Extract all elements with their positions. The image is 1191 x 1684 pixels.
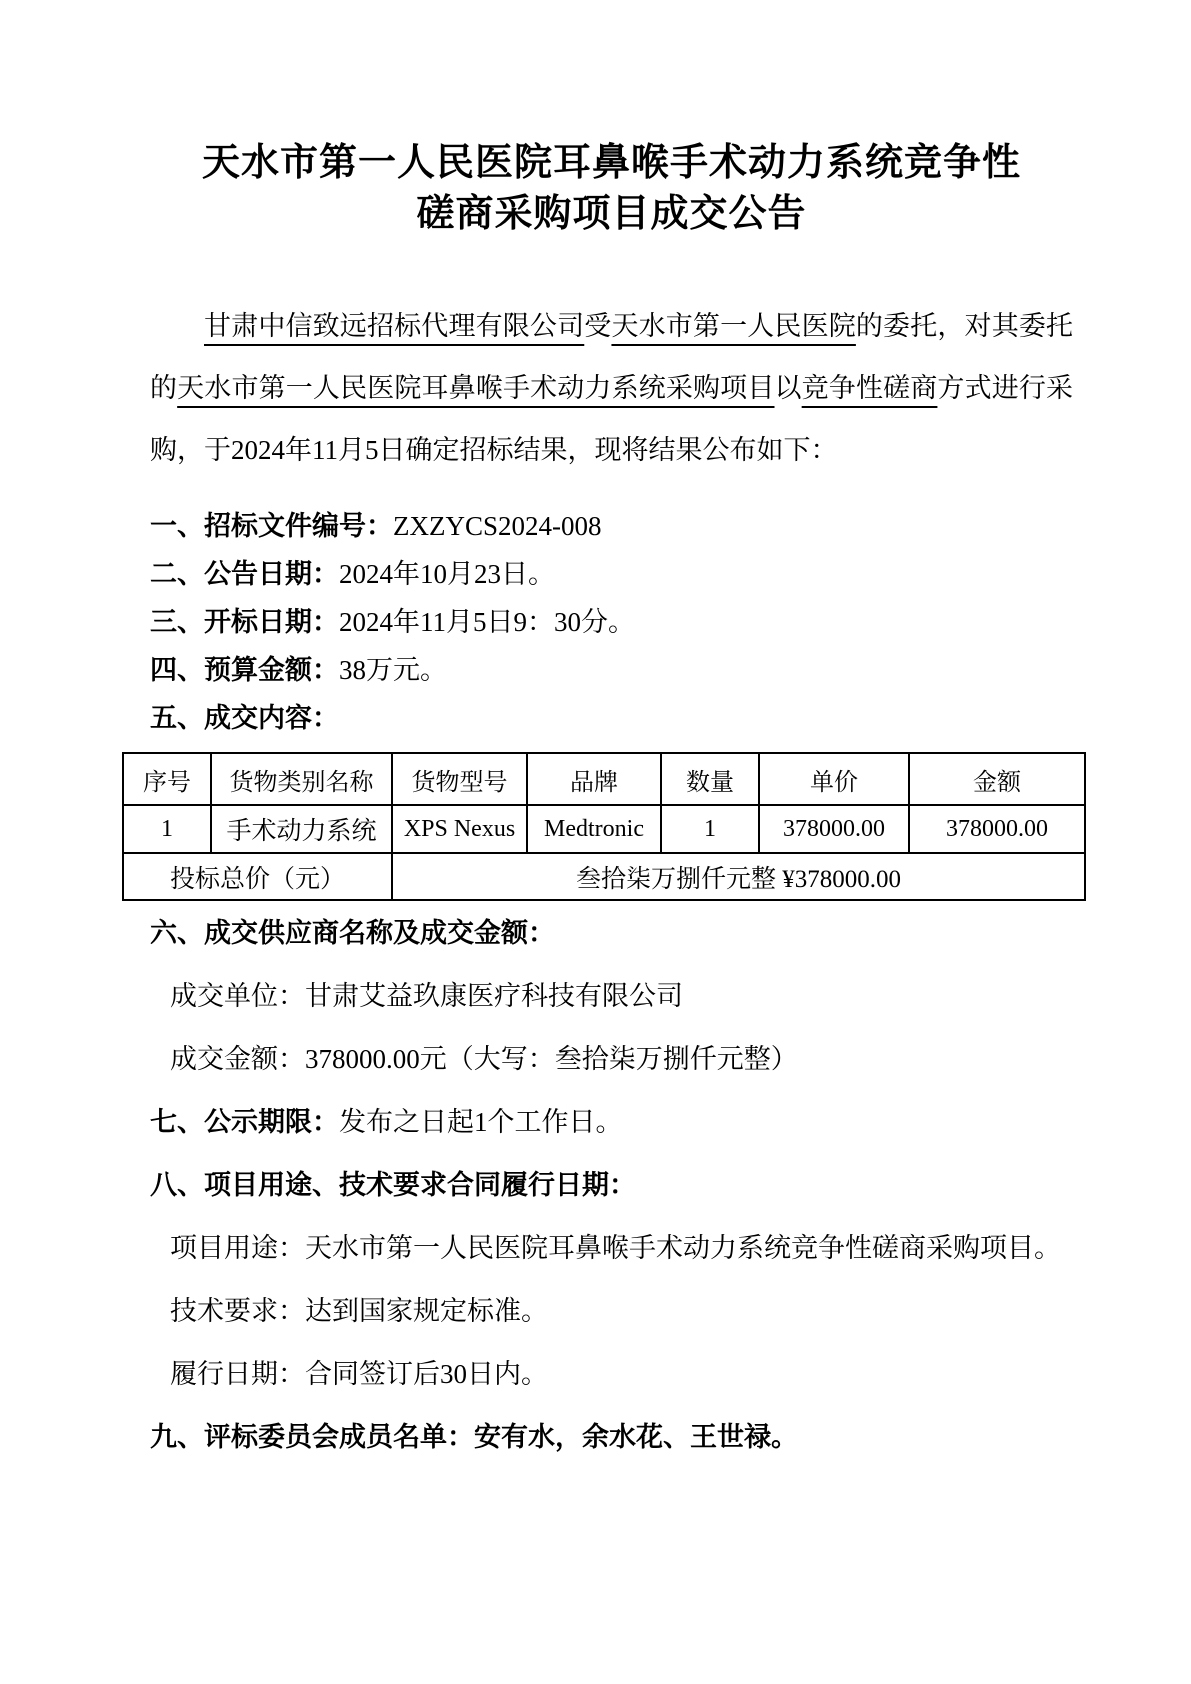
item-budget-amount: 四、预算金额：38万元。	[150, 646, 1073, 694]
purpose-label: 项目用途：	[170, 1233, 305, 1263]
col-amount: 金额	[909, 753, 1085, 805]
numbered-items: 一、招标文件编号：ZXZYCS2024-008 二、公告日期：2024年10月2…	[150, 502, 1073, 742]
table-header-row: 序号 货物类别名称 货物型号 品牌 数量 单价 金额	[123, 753, 1085, 805]
item-label: 二、公告日期：	[150, 559, 339, 589]
item-label: 三、开标日期：	[150, 607, 339, 637]
document-page: 天水市第一人民医院耳鼻喉手术动力系统竞争性 磋商采购项目成交公告 甘肃中信致远招…	[0, 0, 1191, 1684]
intro-text: 以	[775, 373, 802, 403]
section-usage-heading: 八、项目用途、技术要求合同履行日期：	[150, 1154, 1073, 1217]
item-value: ZXZYCS2024-008	[393, 511, 602, 541]
item-publicity-period: 七、公示期限：发布之日起1个工作日。	[150, 1091, 1073, 1154]
lower-sections: 六、成交供应商名称及成交金额： 成交单位：甘肃艾益玖康医疗科技有限公司 成交金额…	[150, 902, 1073, 1469]
client-name: 天水市第一人民医院	[611, 311, 855, 341]
col-goods-category: 货物类别名称	[211, 753, 392, 805]
award-amount-line: 成交金额：378000.00元（大写：叁拾柒万捌仟元整）	[150, 1028, 1073, 1091]
project-name: 天水市第一人民医院耳鼻喉手术动力系统采购项目	[177, 373, 774, 403]
supplier-label: 成交单位：	[170, 981, 305, 1011]
cell-brand: Medtronic	[527, 805, 661, 853]
supplier-value: 甘肃艾益玖康医疗科技有限公司	[305, 981, 683, 1011]
procurement-method: 竞争性磋商	[802, 373, 938, 403]
delivery-value: 合同签订后30日内。	[305, 1359, 548, 1389]
publicity-label: 七、公示期限：	[150, 1107, 339, 1137]
col-brand: 品牌	[527, 753, 661, 805]
col-goods-model: 货物型号	[392, 753, 527, 805]
item-label: 四、预算金额：	[150, 655, 339, 685]
agency-name: 甘肃中信致远招标代理有限公司	[204, 311, 584, 341]
table-row: 1 手术动力系统 XPS Nexus Medtronic 1 378000.00…	[123, 805, 1085, 853]
supplier-name-line: 成交单位：甘肃艾益玖康医疗科技有限公司	[150, 965, 1073, 1028]
item-value: 2024年10月23日。	[339, 559, 555, 589]
tech-value: 达到国家规定标准。	[305, 1296, 548, 1326]
item-value: 2024年11月5日9：30分。	[339, 607, 635, 637]
document-title: 天水市第一人民医院耳鼻喉手术动力系统竞争性 磋商采购项目成交公告	[150, 138, 1073, 240]
col-unit-price: 单价	[759, 753, 909, 805]
committee-members: 安有水，余水花、王世禄。	[474, 1422, 798, 1452]
intro-text: 受	[584, 311, 611, 341]
amount-label: 成交金额：	[170, 1044, 305, 1074]
cell-seq-no: 1	[123, 805, 211, 853]
delivery-date-line: 履行日期：合同签订后30日内。	[150, 1343, 1073, 1406]
document-title-line-1: 天水市第一人民医院耳鼻喉手术动力系统竞争性	[150, 138, 1073, 189]
cell-unit-price: 378000.00	[759, 805, 909, 853]
delivery-label: 履行日期：	[170, 1359, 305, 1389]
table-total-row: 投标总价（元） 叁拾柒万捌仟元整 ¥378000.00	[123, 853, 1085, 900]
technical-requirements-line: 技术要求：达到国家规定标准。	[150, 1280, 1073, 1343]
item-bid-opening-date: 三、开标日期：2024年11月5日9：30分。	[150, 598, 1073, 646]
col-seq-no: 序号	[123, 753, 211, 805]
total-price-value: 叁拾柒万捌仟元整 ¥378000.00	[392, 853, 1085, 900]
item-tender-doc-number: 一、招标文件编号：ZXZYCS2024-008	[150, 502, 1073, 550]
evaluation-committee-line: 九、评标委员会成员名单：安有水，余水花、王世禄。	[150, 1406, 1073, 1469]
project-purpose-line: 项目用途：天水市第一人民医院耳鼻喉手术动力系统竞争性磋商采购项目。	[150, 1217, 1073, 1280]
award-table: 序号 货物类别名称 货物型号 品牌 数量 单价 金额 1 手术动力系统 XPS …	[122, 752, 1086, 901]
committee-label: 九、评标委员会成员名单：	[150, 1422, 474, 1452]
item-value: 38万元。	[339, 655, 447, 685]
cell-amount: 378000.00	[909, 805, 1085, 853]
cell-goods-model: XPS Nexus	[392, 805, 527, 853]
intro-paragraph: 甘肃中信致远招标代理有限公司受天水市第一人民医院的委托，对其委托的天水市第一人民…	[150, 295, 1073, 481]
document-title-line-2: 磋商采购项目成交公告	[150, 189, 1073, 240]
col-quantity: 数量	[661, 753, 759, 805]
tech-label: 技术要求：	[170, 1296, 305, 1326]
amount-value: 378000.00元（大写：叁拾柒万捌仟元整）	[305, 1044, 798, 1074]
cell-quantity: 1	[661, 805, 759, 853]
item-announcement-date: 二、公告日期：2024年10月23日。	[150, 550, 1073, 598]
item-label: 五、成交内容：	[150, 703, 339, 733]
item-label: 一、招标文件编号：	[150, 511, 393, 541]
cell-goods-category: 手术动力系统	[211, 805, 392, 853]
publicity-value: 发布之日起1个工作日。	[339, 1107, 623, 1137]
purpose-value: 天水市第一人民医院耳鼻喉手术动力系统竞争性磋商采购项目。	[305, 1233, 1061, 1263]
section-supplier-heading: 六、成交供应商名称及成交金额：	[150, 902, 1073, 965]
item-award-content: 五、成交内容：	[150, 694, 1073, 742]
total-price-label: 投标总价（元）	[123, 853, 392, 900]
